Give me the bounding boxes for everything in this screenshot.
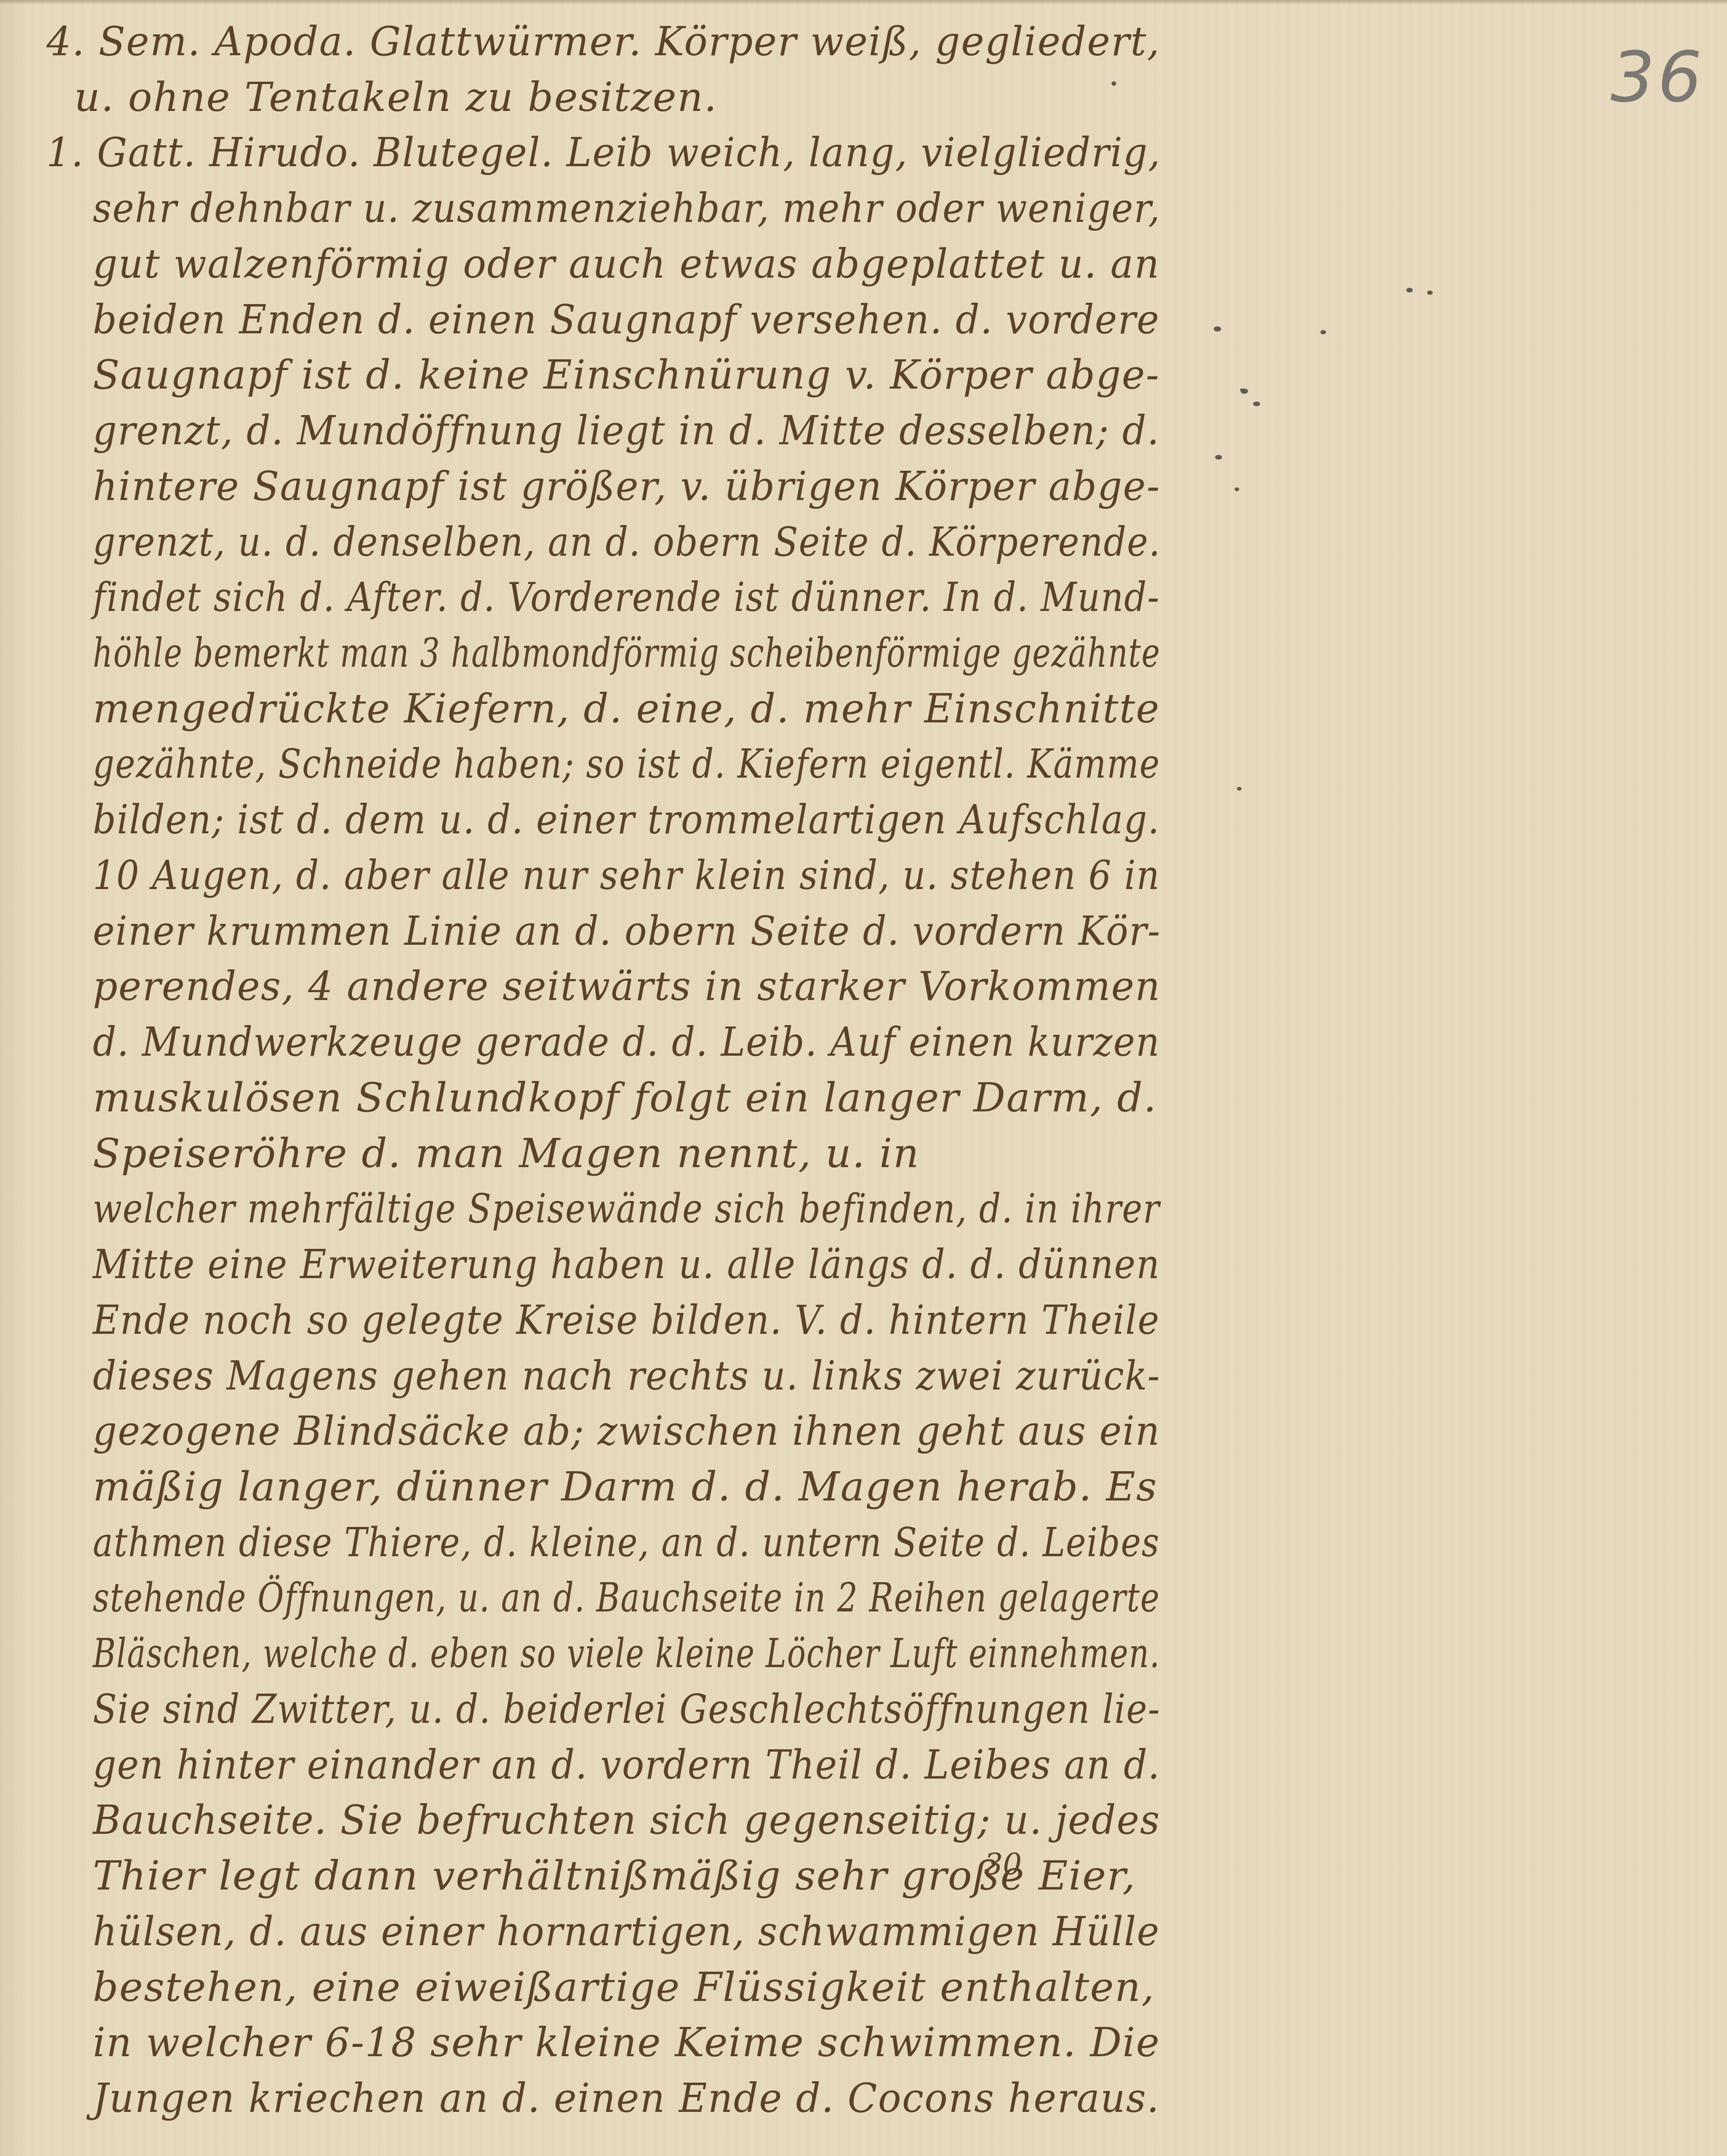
handwritten-line: perendes, 4 andere seitwärts in starker … [93,963,1161,1010]
handwritten-line: Saugnapf ist d. keine Einschnürung v. Kö… [93,352,1160,398]
handwritten-line: Sie sind Zwitter, u. d. beiderlei Geschl… [93,1686,1160,1733]
handwritten-line: Jungen kriechen an d. einen Ende d. Coco… [93,2075,1160,2122]
handwritten-line: Ende noch so gelegte Kreise bilden. V. d… [93,1297,1160,1344]
handwritten-line: hintere Saugnapf ist größer, v. übrigen … [93,463,1160,510]
handwritten-line: Bauchseite. Sie befruchten sich gegensei… [93,1797,1160,1844]
handwritten-line: Thier legt dann verhältnißmäßig sehr gro… [93,1853,1136,1899]
handwritten-line: 4. Sem. Apoda. Glattwürmer. Körper weiß,… [46,19,1160,65]
handwritten-line: u. ohne Tentakeln zu besitzen. [74,74,718,121]
handwritten-line: hülsen, d. aus einer hornartigen, schwam… [93,1909,1160,1955]
paper-speck [1112,81,1116,86]
handwritten-line: dieses Magens gehen nach rechts u. links… [93,1353,1160,1399]
paper-speck [1320,330,1326,334]
handwritten-line: findet sich d. After. d. Vorderende ist … [93,574,1160,621]
interlinear-correction: 30 [984,1848,1022,1882]
handwritten-line: in welcher 6-18 sehr kleine Keime schwim… [93,2020,1160,2066]
paper-speck [1406,288,1413,292]
handwritten-line: welcher mehrfältige Speisewände sich bef… [93,1186,1160,1232]
page-number: 36 [1611,37,1705,118]
paper-speck [1237,787,1242,791]
handwritten-line: muskulösen Schlundkopf folgt ein langer … [93,1075,1157,1121]
handwritten-line: Bläschen, welche d. eben so viele kleine… [93,1630,1160,1677]
paper-speck [1235,487,1239,491]
handwritten-line: d. Mundwerkzeuge gerade d. d. Leib. Auf … [93,1019,1160,1065]
handwritten-line: höhle bemerkt man 3 halbmondförmig schei… [93,630,1160,676]
handwritten-line: grenzt, d. Mundöffnung liegt in d. Mitte… [93,408,1160,454]
handwritten-line: gezogene Blindsäcke ab; zwischen ihnen g… [93,1408,1160,1455]
handwritten-line: bilden; ist d. dem u. d. einer trommelar… [93,797,1160,843]
paper-speck [1253,402,1260,406]
handwritten-line: 10 Augen, d. aber alle nur sehr klein si… [93,852,1160,899]
paper-speck [1427,291,1433,295]
handwritten-line: gut walzenförmig oder auch etwas abgepla… [93,241,1160,287]
paper-speck [1241,389,1248,394]
handwritten-line: beiden Enden d. einen Saugnapf versehen.… [93,297,1160,343]
handwritten-line: Mitte eine Erweiterung haben u. alle län… [93,1241,1160,1288]
handwritten-line: einer krummen Linie an d. obern Seite d.… [93,908,1161,955]
paper-speck [1215,455,1222,460]
handwritten-line: Speiseröhre d. man Magen nennt, u. in [93,1130,920,1177]
handwritten-line: mäßig langer, dünner Darm d. d. Magen he… [93,1464,1158,1510]
handwritten-line: stehende Öffnungen, u. an d. Bauchseite … [93,1575,1160,1621]
paper-speck [1214,326,1221,331]
handwritten-line: sehr dehnbar u. zusammenziehbar, mehr od… [93,185,1161,232]
handwritten-line: athmen diese Thiere, d. kleine, an d. un… [93,1520,1160,1566]
handwritten-line: grenzt, u. d. denselben, an d. obern Sei… [93,519,1161,565]
handwritten-line: gezähnte, Schneide haben; so ist d. Kief… [93,741,1160,787]
handwritten-line: gen hinter einander an d. vordern Theil … [93,1742,1160,1788]
handwritten-line: bestehen, eine eiweißartige Flüssigkeit … [93,1964,1155,2011]
handwritten-line: mengedrückte Kiefern, d. eine, d. mehr E… [93,686,1160,732]
handwritten-line: 1. Gatt. Hirudo. Blutegel. Leib weich, l… [46,130,1161,176]
page-top-edge [0,0,1727,5]
